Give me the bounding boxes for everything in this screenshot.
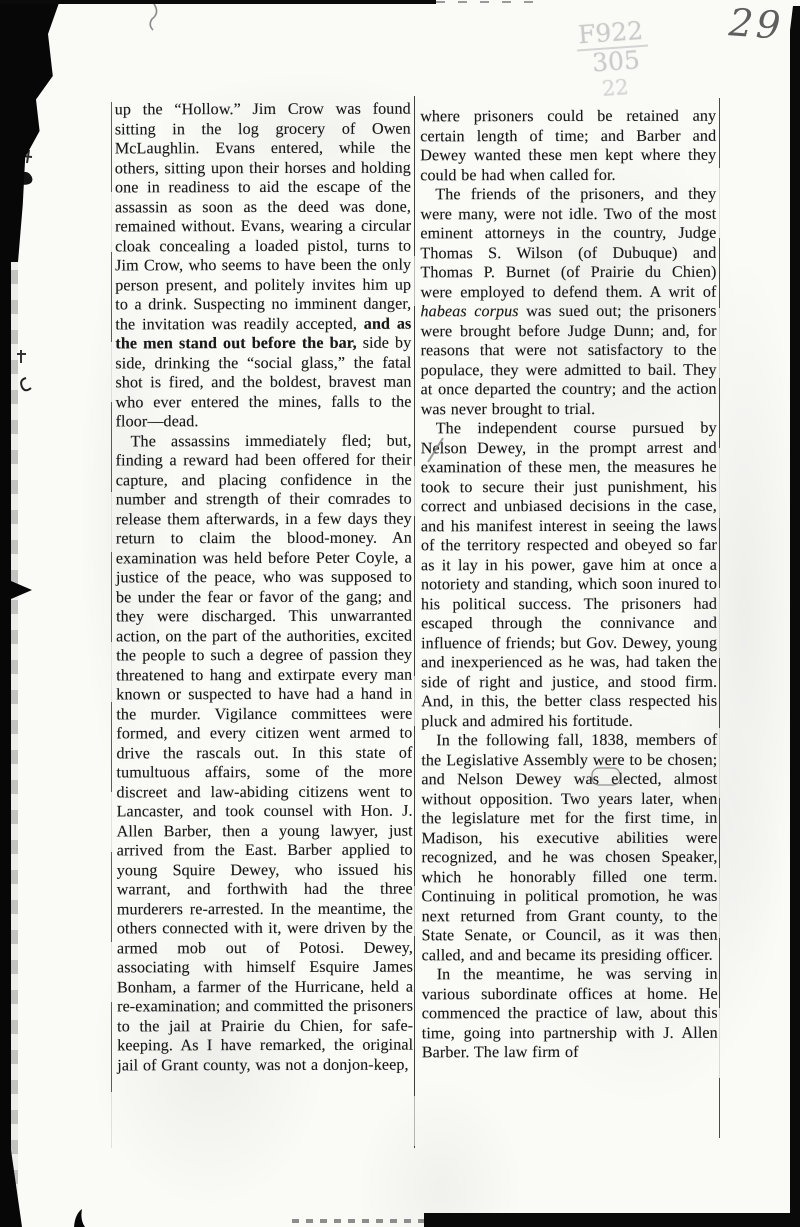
scan-edge-left-foot <box>0 1150 22 1227</box>
pen-mark-margin-3 <box>17 350 26 363</box>
pen-stroke-bottom-left <box>74 1209 85 1227</box>
pencil-call-number: F922 305 22 <box>575 18 652 104</box>
right-column: where prisoners could be retained any ce… <box>420 107 718 1063</box>
pencil-line-3: 22 <box>579 72 652 103</box>
paragraph: The assassins immediately fled; but, fin… <box>116 431 414 1075</box>
paragraph: In the meantime, he was serving in vario… <box>422 965 718 1063</box>
scan-edge-top <box>0 0 436 4</box>
scan-edge-bottom-faint <box>292 1219 424 1223</box>
pen-mark-margin-4 <box>21 378 31 390</box>
text-run: The independent course pursued by Nelson… <box>421 420 717 730</box>
paragraph: The independent course pursued by Nelson… <box>421 419 718 732</box>
scan-edge-top-faint <box>436 1 536 3</box>
left-column: up the “Hollow.” Jim Crow was found sitt… <box>115 100 414 1076</box>
scan-edge-right <box>790 6 800 1227</box>
scanned-newspaper-page: up the “Hollow.” Jim Crow was found sitt… <box>0 0 800 1227</box>
text-run: In the following fall, 1838, members of … <box>421 732 717 964</box>
column-rule-left <box>111 102 112 1148</box>
column-rule-middle <box>414 96 415 1148</box>
scan-edge-bottom <box>424 1213 800 1227</box>
italic-phrase: habeas corpus <box>421 303 519 320</box>
paragraph: In the following fall, 1838, members of … <box>421 731 717 966</box>
paragraph: up the “Hollow.” Jim Crow was found sitt… <box>115 100 412 432</box>
scan-corner-top-left <box>0 0 60 262</box>
column-rule-right <box>719 98 720 1138</box>
pen-squiggle-top <box>150 4 156 30</box>
text-run: The assassins immediately fled; but, fin… <box>116 432 414 1074</box>
paragraph: where prisoners could be retained any ce… <box>420 107 716 186</box>
handwritten-page-number: 29 <box>728 0 785 48</box>
pencil-line-2: 305 <box>577 47 650 78</box>
text-run: up the “Hollow.” Jim Crow was found sitt… <box>115 101 412 333</box>
paragraph: The friends of the prisoners, and they w… <box>420 185 716 420</box>
text-run: In the meantime, he was serving in vario… <box>422 966 718 1062</box>
text-run: where prisoners could be retained any ce… <box>420 108 716 184</box>
text-run: The friends of the prisoners, and they w… <box>420 186 716 301</box>
